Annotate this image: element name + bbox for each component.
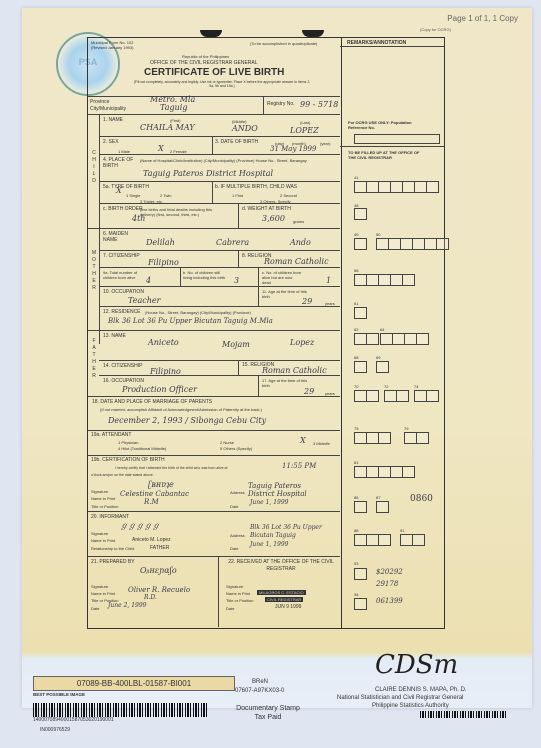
ocrg-box-41 bbox=[354, 181, 438, 193]
agency-name: Philippine Statistics Authority bbox=[372, 703, 449, 709]
field-label: 19a. ATTENDANT bbox=[91, 432, 131, 438]
form-rule bbox=[99, 306, 340, 307]
ocrg-box-number: 87 bbox=[376, 495, 380, 500]
date-of-birth: 31 May 1999 bbox=[270, 145, 316, 153]
field-label: Province bbox=[90, 99, 109, 105]
received-date: JUN 9 1999 bbox=[275, 604, 301, 610]
form-rule bbox=[258, 267, 259, 286]
father-last-name: Lopez bbox=[290, 338, 314, 347]
field-label: Signature bbox=[226, 584, 243, 589]
field-label: Signature bbox=[91, 489, 108, 494]
signatory-title: National Statistician and Civil Registra… bbox=[337, 695, 463, 701]
ocrg-box-91 bbox=[400, 534, 424, 546]
ocrg-box-50 bbox=[376, 238, 448, 250]
form-revised: (Revised January 1993) bbox=[91, 45, 133, 50]
form-rule bbox=[99, 250, 340, 251]
field-label: 3 Midwife bbox=[313, 441, 330, 446]
field-label: I hereby certify that I attended the bir… bbox=[115, 466, 227, 470]
form-rule bbox=[258, 375, 259, 396]
ocrg-box-68 bbox=[354, 361, 366, 373]
page-counter: Page 1 of 1, 1 Copy bbox=[447, 14, 518, 23]
mother-religion: Roman Catholic bbox=[264, 257, 329, 266]
attendant-title: R.M bbox=[144, 498, 159, 506]
ocrg-box-81 bbox=[354, 466, 414, 478]
field-label: 10. OCCUPATION bbox=[103, 289, 144, 295]
ocrg-box-72 bbox=[384, 390, 408, 402]
field-label: Signature bbox=[91, 531, 108, 536]
father-first-name: Aniceto bbox=[148, 338, 179, 347]
paper-clip-mark bbox=[302, 30, 324, 37]
field-label: Date bbox=[230, 504, 238, 509]
field-label: 1 Single bbox=[126, 193, 140, 198]
field-label: 4. PLACE OF BIRTH bbox=[103, 157, 138, 169]
preparer-name: Oliver R. Recuelo bbox=[128, 586, 190, 594]
field-label: TO BE FILLED UP AT THE OFFICE OF THE CIV… bbox=[348, 150, 423, 160]
field-label: 5a. TYPE OF BIRTH bbox=[103, 184, 149, 190]
form-rule bbox=[238, 203, 239, 228]
field-label: 12. RESIDENCE bbox=[103, 309, 141, 315]
field-label: 14. CITIZENSHIP bbox=[103, 363, 142, 369]
child-first-name: CHAILA MAY bbox=[140, 123, 195, 132]
field-label: 2 Nurse bbox=[220, 440, 234, 445]
field-label: Date bbox=[230, 546, 238, 551]
ocrg-box-number: 61 bbox=[354, 301, 358, 306]
field-label: 9a. Total number of children born alive bbox=[103, 270, 148, 280]
field-label: 21. PREPARED BY bbox=[91, 559, 135, 565]
bren-number: 07607-A97KX03-0 bbox=[235, 688, 284, 694]
field-label: 2 Twin bbox=[160, 193, 172, 198]
field-label: Address bbox=[230, 490, 245, 495]
bren-label: BReN bbox=[252, 679, 268, 685]
ocrg-box-70 bbox=[354, 390, 378, 402]
barcode-number: 14000708940001587053020190001 bbox=[33, 717, 114, 723]
field-label: Relationship to the Child bbox=[91, 546, 134, 551]
place-of-birth: Taguig Pateros District Hospital bbox=[143, 169, 273, 178]
ocrg-box-number: 93 bbox=[354, 561, 358, 566]
form-rule bbox=[99, 136, 340, 137]
ocrg-box-79 bbox=[404, 432, 428, 444]
form-rule bbox=[99, 267, 340, 268]
preparer-signature: Oᵦʜɛɲɑʃo bbox=[140, 566, 177, 575]
ocrg-box-number: 49 bbox=[354, 232, 358, 237]
barcode-icon bbox=[33, 703, 208, 717]
field-label: 2 Second bbox=[280, 193, 297, 198]
birth-order: 4th bbox=[132, 214, 145, 223]
field-label: Title or Position bbox=[226, 598, 253, 603]
ocrg-box-48 bbox=[354, 208, 366, 220]
preparer-date: June 2, 1999 bbox=[108, 602, 147, 609]
population-reference-field bbox=[354, 134, 440, 144]
ocrg-box-61 bbox=[354, 307, 366, 319]
form-rule bbox=[263, 96, 264, 114]
mother-citizenship: Filipino bbox=[148, 258, 179, 267]
form-rule bbox=[88, 430, 340, 431]
form-rule bbox=[99, 360, 340, 361]
republic-label: Republic of the Philippines bbox=[182, 54, 229, 59]
ocrg-box-86 bbox=[354, 501, 366, 513]
ocrg-box-62 bbox=[354, 333, 378, 345]
child-last-name: LOPEZ bbox=[290, 126, 319, 135]
form-rule bbox=[99, 286, 340, 287]
field-label: (House No., Street, Barangay) (City/Muni… bbox=[145, 310, 251, 315]
ocrg-box-75 bbox=[354, 432, 390, 444]
ocrg-box-number: 69 bbox=[376, 355, 380, 360]
field-label: d. WEIGHT AT BIRTH bbox=[242, 206, 291, 212]
field-label: For OCRG USE ONLY: Population Reference … bbox=[348, 120, 428, 130]
field-label: 18. DATE AND PLACE OF MARRIAGE OF PARENT… bbox=[92, 399, 212, 405]
form-rule bbox=[99, 203, 340, 204]
informant-name: Aniceto M. Lopez bbox=[132, 537, 171, 543]
field-label: c. BIRTH ORDER bbox=[103, 206, 143, 212]
receiver-title: CIVIL REGISTRAR bbox=[265, 597, 303, 602]
field-label: Name in Print bbox=[226, 591, 250, 596]
field-label: 6. MAIDEN NAME bbox=[103, 231, 133, 243]
ocrg-box-number: 88 bbox=[354, 528, 358, 533]
form-rule bbox=[88, 556, 340, 557]
mother-residence: Blk 36 Lot 36 Pu Upper Bicutan Taguig M.… bbox=[108, 317, 273, 325]
ocrg-note-1: $20292 bbox=[376, 568, 403, 576]
paper-clip-mark bbox=[200, 30, 222, 37]
form-rule bbox=[88, 96, 340, 97]
father-religion: Roman Catholic bbox=[262, 366, 327, 375]
mother-first-name: Delilah bbox=[146, 238, 175, 247]
field-label: 19b. CERTIFICATION OF BIRTH bbox=[91, 457, 165, 463]
field-label: Name in Print bbox=[91, 496, 115, 501]
field-label: Signature bbox=[91, 584, 108, 589]
form-rule bbox=[218, 556, 219, 627]
birth-weight: 3,600 bbox=[262, 214, 285, 223]
field-label: Date bbox=[91, 606, 99, 611]
ocrg-box-number: 79 bbox=[404, 426, 408, 431]
form-rule bbox=[99, 154, 340, 155]
child-section-label: CHILD bbox=[90, 150, 98, 185]
field-label: o'clock am/pm on the date stated above. bbox=[91, 473, 154, 477]
children-living: 3 bbox=[234, 276, 239, 285]
documentary-stamp: Documentary Stamp Tax Paid bbox=[236, 704, 300, 722]
field-label: Title or Position bbox=[91, 504, 118, 509]
field-label: 1 First bbox=[232, 193, 243, 198]
field-label: Address bbox=[230, 533, 245, 538]
certificate-title: CERTIFICATE OF LIVE BIRTH bbox=[144, 67, 284, 78]
best-image-label: BEST POSSIBLE IMAGE bbox=[33, 692, 85, 697]
form-rule bbox=[238, 360, 239, 375]
ocrg-box-number: 50 bbox=[376, 232, 380, 237]
serial-number: IN000976529 bbox=[40, 727, 70, 733]
type-of-birth-mark: X bbox=[116, 186, 122, 195]
ocrg-note-3: 061399 bbox=[376, 597, 403, 605]
form-rule bbox=[88, 455, 340, 456]
father-middle-name: Mojam bbox=[222, 340, 250, 349]
field-label: 1 Physician bbox=[118, 440, 138, 445]
ocrg-box-number: 86 bbox=[354, 495, 358, 500]
ocrg-box-64 bbox=[380, 333, 428, 345]
field-label: (live births and fetal deaths including … bbox=[140, 207, 215, 217]
form-rule bbox=[212, 136, 213, 154]
small-barcode-icon bbox=[420, 711, 508, 718]
field-label: c. No. of children born alive but are no… bbox=[262, 270, 302, 285]
form-rule bbox=[88, 511, 340, 512]
attendant-signature: ʗʙʜɐʇe bbox=[148, 480, 174, 489]
form-rule bbox=[99, 375, 340, 376]
field-label: (Name of Hospital/Clinic/Institution) (C… bbox=[140, 158, 330, 163]
ocrg-box-88 bbox=[354, 534, 390, 546]
field-label: 2. SEX bbox=[103, 139, 119, 145]
father-occupation: Production Officer bbox=[122, 385, 197, 394]
field-label: 3. DATE OF BIRTH bbox=[215, 139, 258, 145]
children-dead: 1 bbox=[326, 276, 331, 285]
field-label: (If not married, accomplish Affidavit of… bbox=[100, 407, 335, 412]
ocrg-box-number: 91 bbox=[400, 528, 404, 533]
field-label: Name in Print bbox=[91, 591, 115, 596]
mother-section-label: MOTHER bbox=[90, 250, 98, 292]
ocrg-box-number: 41 bbox=[354, 175, 358, 180]
field-label: 5 Others (Specify) bbox=[220, 446, 252, 451]
registry-number: 99 - 5718 bbox=[300, 100, 338, 109]
field-label: Date bbox=[226, 606, 234, 611]
form-rule bbox=[99, 181, 340, 182]
ocrg-box-number: 68 bbox=[354, 355, 358, 360]
ocrg-box-56 bbox=[354, 274, 414, 286]
ocrg-box-number: 62 bbox=[354, 327, 358, 332]
field-label: Registry No. bbox=[267, 101, 295, 107]
form-rule bbox=[88, 330, 340, 331]
mother-occupation: Teacher bbox=[128, 296, 160, 305]
informant-address: Blk 36 Lot 36 Pu Upper Bicutan Taguig bbox=[250, 524, 335, 540]
certification-date: June 1, 1999 bbox=[250, 499, 289, 506]
ocrg-box-number: 64 bbox=[380, 327, 384, 332]
mother-middle-name: Cabrera bbox=[216, 238, 249, 247]
quadruplicate-note: (To be accomplished in quadruplicate) bbox=[250, 41, 317, 46]
form-rule bbox=[180, 267, 181, 286]
attendant-mark: X bbox=[300, 436, 306, 445]
father-section-label: FATHER bbox=[90, 338, 98, 380]
total-children: 4 bbox=[146, 276, 151, 285]
ocrg-box-49 bbox=[354, 238, 366, 250]
ocrg-box-number: 94 bbox=[354, 592, 358, 597]
field-label: (year) bbox=[320, 141, 330, 146]
form-rule bbox=[88, 114, 340, 115]
form-rule bbox=[340, 46, 444, 47]
ocrg-box-number: 72 bbox=[384, 384, 388, 389]
field-label: Name in Print bbox=[91, 538, 115, 543]
handwritten-code: 0860 bbox=[410, 494, 433, 504]
attendant-address: Taguig Pateros District Hospital bbox=[248, 482, 328, 498]
ocrg-box-94 bbox=[354, 598, 366, 610]
field-label: b. No. of children still living includin… bbox=[183, 270, 228, 280]
marriage-date-place: December 2, 1993 / Sibonga Cebu City bbox=[108, 416, 266, 425]
field-label: grams bbox=[293, 219, 304, 224]
registrar-signature: CDSm bbox=[375, 650, 458, 680]
informant-relationship: FATHER bbox=[150, 545, 169, 551]
attendant-name: Celestine Cabantac bbox=[120, 490, 189, 498]
signatory-name: CLAIRE DENNIS S. MAPA, Ph. D. bbox=[375, 687, 467, 693]
father-age: 29 bbox=[304, 387, 314, 396]
field-label: City/Municipality bbox=[90, 106, 126, 112]
mother-last-name: Ando bbox=[290, 238, 311, 247]
ocrg-box-number: 81 bbox=[354, 460, 358, 465]
field-label: 16. OCCUPATION bbox=[103, 378, 144, 384]
ocrg-box-93 bbox=[354, 568, 366, 580]
field-label: b. IF MULTIPLE BIRTH, CHILD WAS bbox=[215, 184, 297, 190]
field-label: 7. CITIZENSHIP bbox=[103, 253, 140, 259]
form-rule bbox=[340, 146, 444, 147]
copy-for-label: (Copy for OCRG) bbox=[420, 27, 451, 32]
birth-time: 11:55 PM bbox=[282, 462, 316, 470]
instructions: (Fill out completely, accurately and leg… bbox=[132, 80, 312, 88]
city-value: Taguig bbox=[160, 103, 187, 112]
ocrg-box-74 bbox=[414, 390, 438, 402]
ocrg-box-69 bbox=[376, 361, 388, 373]
sex-mark: X bbox=[158, 144, 164, 153]
form-rule bbox=[88, 396, 340, 397]
ocrg-box-number: 70 bbox=[354, 384, 358, 389]
ocrg-box-number: 56 bbox=[354, 268, 358, 273]
field-label: 22. RECEIVED AT THE OFFICE OF THE CIVIL … bbox=[226, 559, 336, 573]
field-label: 1. NAME bbox=[103, 117, 123, 123]
field-label: 13. NAME bbox=[103, 333, 126, 339]
document-code: 07089-BB-400LBL-01587-BI001 bbox=[33, 676, 235, 691]
mother-age: 29 bbox=[302, 297, 312, 306]
ocrg-box-number: 75 bbox=[354, 426, 358, 431]
form-rule bbox=[238, 250, 239, 267]
informant-signature: ℊℊℊℊℊ bbox=[120, 520, 160, 531]
form-rule bbox=[88, 228, 340, 229]
form-rule bbox=[258, 286, 259, 306]
receiver-name: MILAGROS C. ESTACIO bbox=[257, 590, 306, 595]
form-rule bbox=[99, 114, 100, 344]
ocrg-note-2: 29178 bbox=[376, 580, 398, 588]
field-label: (Last) bbox=[300, 120, 310, 125]
child-middle-name: ANDO bbox=[232, 124, 258, 133]
ocrg-box-number: 74 bbox=[414, 384, 418, 389]
field-label: 4 Hilot (Traditional Midwife) bbox=[118, 446, 166, 451]
office-label: OFFICE OF THE CIVIL REGISTRAR GENERAL bbox=[150, 60, 258, 66]
informant-date: June 1, 1999 bbox=[250, 541, 289, 548]
form-rule bbox=[212, 181, 213, 203]
preparer-title: R.D. bbox=[144, 594, 157, 601]
ocrg-box-87 bbox=[376, 501, 388, 513]
